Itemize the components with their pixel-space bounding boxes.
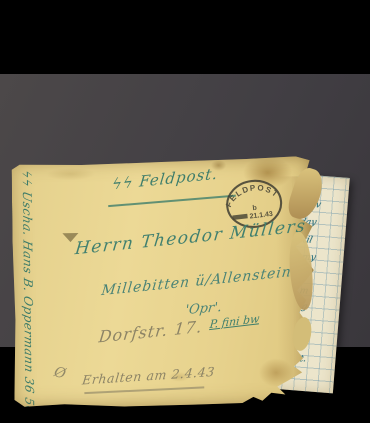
address-line-3: 'Opr'.: [184, 300, 222, 318]
underline: [84, 386, 204, 393]
feldpost-postmark: FELDPOST b 21.1.43: [215, 169, 294, 237]
postmark-index-letter: b: [252, 205, 257, 212]
underline: [108, 195, 236, 207]
postmark-date: 21.1.43: [249, 211, 273, 221]
stain: [207, 157, 229, 173]
feldpost-handwritten-note: ϟϟ Feldpost.: [111, 165, 219, 194]
postmark-arc-text: FELDPOST: [222, 180, 282, 209]
stain: [233, 150, 302, 195]
sender-line-vertical: ϟϟ Uscha. Hans B. Oppermann 36 508: [14, 168, 37, 396]
received-monogram: Ø: [52, 364, 67, 382]
photo-frame: nty n fv wday m stil t my n thy ful m kl…: [0, 0, 370, 423]
received-note: Erhalten am 2.4.43: [81, 364, 215, 388]
postmark-smudge-bar: [232, 214, 247, 220]
stain: [164, 370, 194, 384]
address-line-4: Dorfstr. 17.: [98, 317, 204, 347]
photo-background: nty n fv wday m stil t my n thy ful m kl…: [0, 74, 370, 347]
envelope-hole-mark: [62, 233, 78, 242]
feldpost-envelope: ϟϟ Feldpost. FELDPOST b 21.1.43 Herrn Th…: [11, 156, 317, 409]
stain: [36, 165, 106, 184]
address-line-2: Millebitten ü/Allenstein: [101, 264, 293, 299]
svg-text:FELDPOST: FELDPOST: [222, 180, 282, 209]
postmark-circle: [225, 178, 284, 230]
route-annotation: P. fini bw: [209, 312, 260, 331]
address-line-1: Herrn Theodor Müllers: [74, 216, 307, 259]
